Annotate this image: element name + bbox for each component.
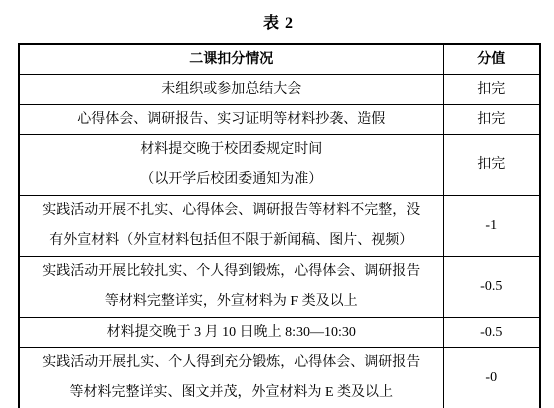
table-row: 材料提交晚于 3 月 10 日晚上 8:30—10:30 -0.5 <box>19 318 540 348</box>
table-header-row: 二课扣分情况 分值 <box>19 44 540 75</box>
cell-situation: 材料提交晚于 3 月 10 日晚上 8:30—10:30 <box>19 318 443 348</box>
table-row: 实践活动开展比较扎实、个人得到锻炼，心得体会、调研报告 等材料完整详实，外宣材料… <box>19 257 540 318</box>
table-row: 实践活动开展不扎实、心得体会、调研报告等材料不完整，没 有外宣材料（外宣材料包括… <box>19 196 540 257</box>
cell-score: 扣完 <box>443 135 540 196</box>
table-row: 未组织或参加总结大会 扣完 <box>19 75 540 105</box>
table-caption: 表 2 <box>18 10 539 33</box>
cell-score: -0.5 <box>443 318 540 348</box>
column-header-situation: 二课扣分情况 <box>19 44 443 75</box>
cell-score: 扣完 <box>443 105 540 135</box>
cell-score: -1 <box>443 196 540 257</box>
table-row: 心得体会、调研报告、实习证明等材料抄袭、造假 扣完 <box>19 105 540 135</box>
table-row: 材料提交晚于校团委规定时间 （以开学后校团委通知为准） 扣完 <box>19 135 540 196</box>
cell-situation: 未组织或参加总结大会 <box>19 75 443 105</box>
deduction-table: 二课扣分情况 分值 未组织或参加总结大会 扣完 心得体会、调研报告、实习证明等材… <box>18 43 541 408</box>
cell-situation: 实践活动开展不扎实、心得体会、调研报告等材料不完整，没 有外宣材料（外宣材料包括… <box>19 196 443 257</box>
table-row: 实践活动开展扎实、个人得到充分锻炼，心得体会、调研报告 等材料完整详实、图文并茂… <box>19 348 540 408</box>
column-header-score: 分值 <box>443 44 540 75</box>
cell-situation: 心得体会、调研报告、实习证明等材料抄袭、造假 <box>19 105 443 135</box>
cell-score: 扣完 <box>443 75 540 105</box>
cell-score: -0 <box>443 348 540 408</box>
cell-situation: 实践活动开展扎实、个人得到充分锻炼，心得体会、调研报告 等材料完整详实、图文并茂… <box>19 348 443 408</box>
cell-situation: 实践活动开展比较扎实、个人得到锻炼，心得体会、调研报告 等材料完整详实，外宣材料… <box>19 257 443 318</box>
cell-score: -0.5 <box>443 257 540 318</box>
cell-situation: 材料提交晚于校团委规定时间 （以开学后校团委通知为准） <box>19 135 443 196</box>
document-page: 表 2 二课扣分情况 分值 未组织或参加总结大会 扣完 心得体会、调研报告、实习… <box>0 0 554 408</box>
